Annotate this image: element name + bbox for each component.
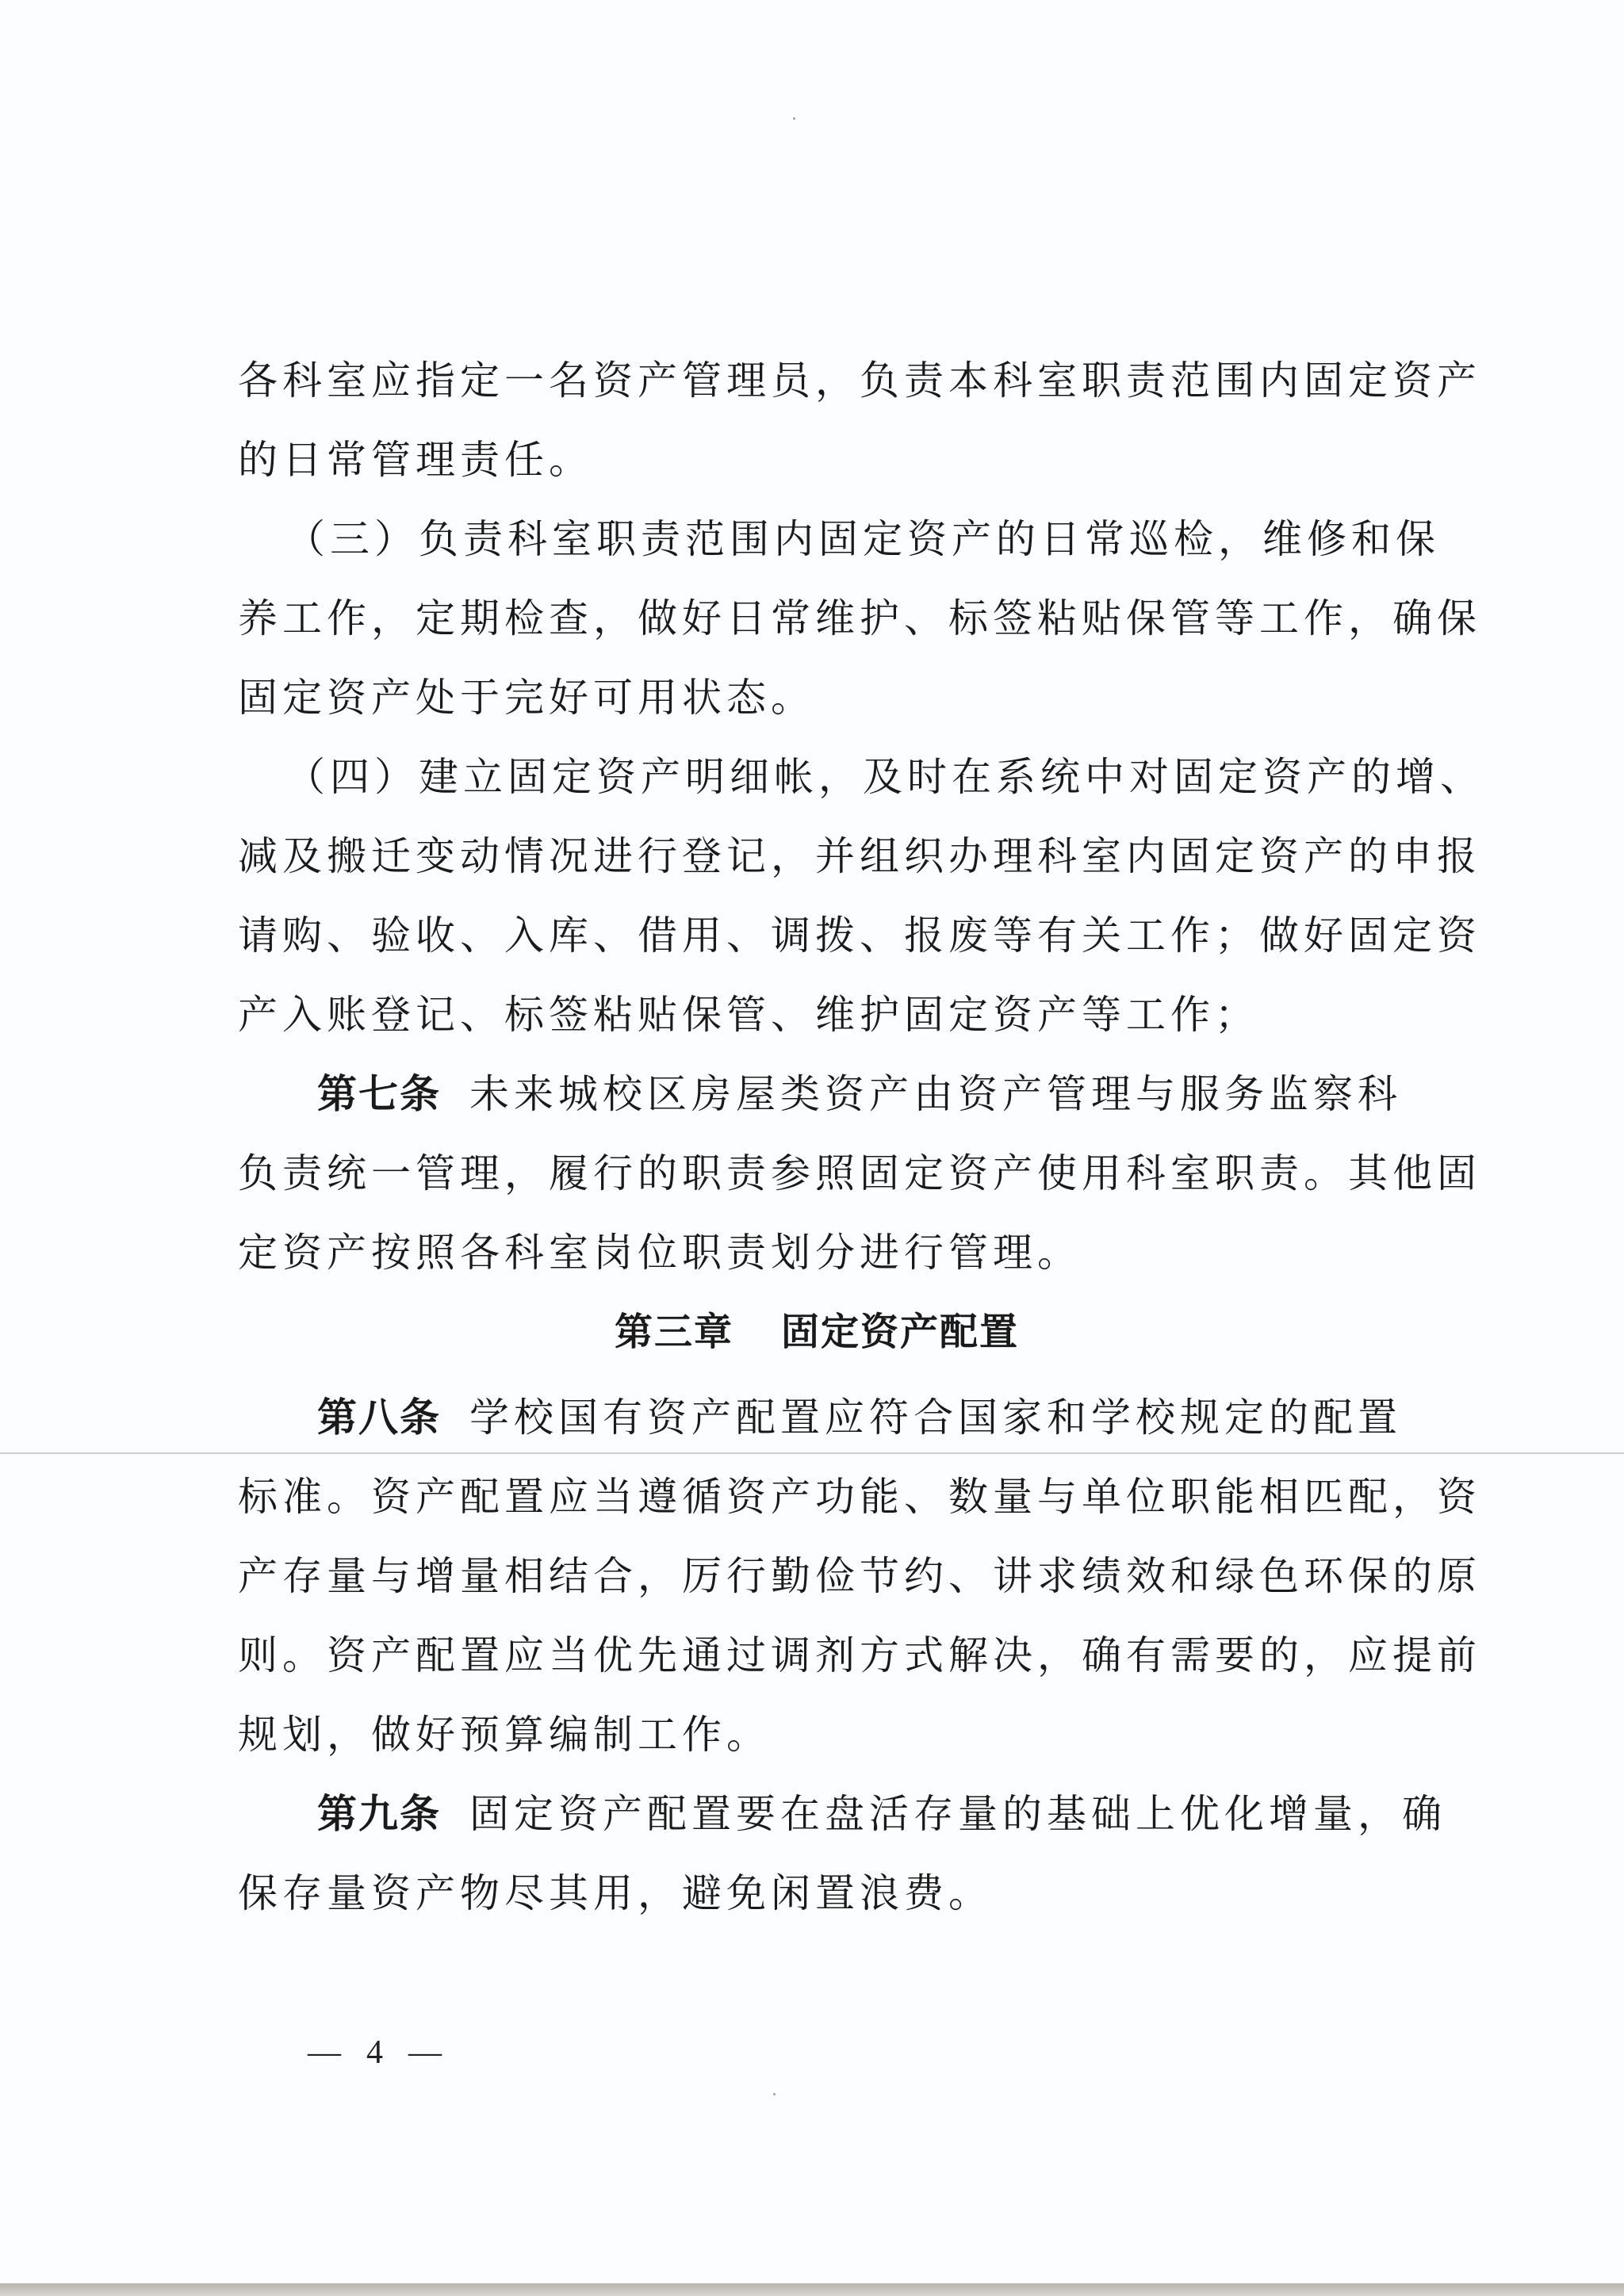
- page-number-footer: —4—: [285, 2034, 467, 2072]
- text-line: 产存量与增量相结合，厉行勤俭节约、讲求绩效和绿色环保的原: [238, 1536, 1396, 1616]
- text-line: 定资产按照各科室岗位职责划分进行管理。: [238, 1213, 1396, 1292]
- article-number: 第七条: [317, 1071, 441, 1117]
- dash-left: —: [308, 2034, 344, 2072]
- dash-right: —: [408, 2034, 445, 2072]
- text-line: 固定资产处于完好可用状态。: [238, 658, 1396, 737]
- text-line: 养工作，定期检查，做好日常维护、标签粘贴保管等工作，确保: [238, 579, 1396, 658]
- chapter-number: 第三章: [615, 1310, 733, 1354]
- text-line: 请购、验收、入库、借用、调拨、报废等有关工作；做好固定资: [238, 896, 1396, 975]
- text-line: 标准。资产配置应当遵循资产功能、数量与单位职能相匹配，资: [238, 1457, 1396, 1536]
- text-line: 减及搬迁变动情况进行登记，并组织办理科室内固定资产的申报: [238, 817, 1396, 896]
- text-line: 产入账登记、标签粘贴保管、维护固定资产等工作；: [238, 975, 1396, 1054]
- article-number: 第八条: [317, 1395, 441, 1441]
- text-line: 保存量资产物尽其用，避免闲置浪费。: [238, 1854, 1396, 1933]
- text-line: 各科室应指定一名资产管理员，负责本科室职责范围内固定资产: [238, 341, 1396, 420]
- article-7: 第七条未来城校区房屋类资产由资产管理与服务监察科: [238, 1054, 1396, 1134]
- article-text: 学校国有资产配置应符合国家和学校规定的配置: [469, 1395, 1402, 1441]
- article-8: 第八条学校国有资产配置应符合国家和学校规定的配置: [238, 1378, 1396, 1457]
- text-line: 规划，做好预算编制工作。: [238, 1695, 1396, 1774]
- chapter-heading: 第三章固定资产配置: [238, 1292, 1396, 1372]
- article-number: 第九条: [317, 1791, 441, 1837]
- text-line: 则。资产配置应当优先通过调剂方式解决，确有需要的，应提前: [238, 1616, 1396, 1695]
- scan-speck: [793, 117, 795, 120]
- page-bottom-edge: [0, 2283, 1624, 2296]
- document-page: 各科室应指定一名资产管理员，负责本科室职责范围内固定资产 的日常管理责任。 （三…: [0, 0, 1624, 2283]
- text-line: （三）负责科室职责范围内固定资产的日常巡检，维修和保: [238, 499, 1396, 579]
- article-text: 固定资产配置要在盘活存量的基础上优化增量，确: [469, 1791, 1446, 1837]
- document-body: 各科室应指定一名资产管理员，负责本科室职责范围内固定资产 的日常管理责任。 （三…: [238, 341, 1396, 1933]
- text-line: 负责统一管理，履行的职责参照固定资产使用科室职责。其他固: [238, 1134, 1396, 1213]
- chapter-title: 固定资产配置: [781, 1310, 1019, 1354]
- text-line: （四）建立固定资产明细帐，及时在系统中对固定资产的增、: [238, 737, 1396, 817]
- text-line: 的日常管理责任。: [238, 420, 1396, 499]
- page-number: 4: [366, 2034, 386, 2071]
- scan-speck: [773, 2093, 776, 2095]
- article-9: 第九条固定资产配置要在盘活存量的基础上优化增量，确: [238, 1774, 1396, 1854]
- scan-artifact-line: [0, 1452, 1624, 1454]
- article-text: 未来城校区房屋类资产由资产管理与服务监察科: [469, 1071, 1402, 1117]
